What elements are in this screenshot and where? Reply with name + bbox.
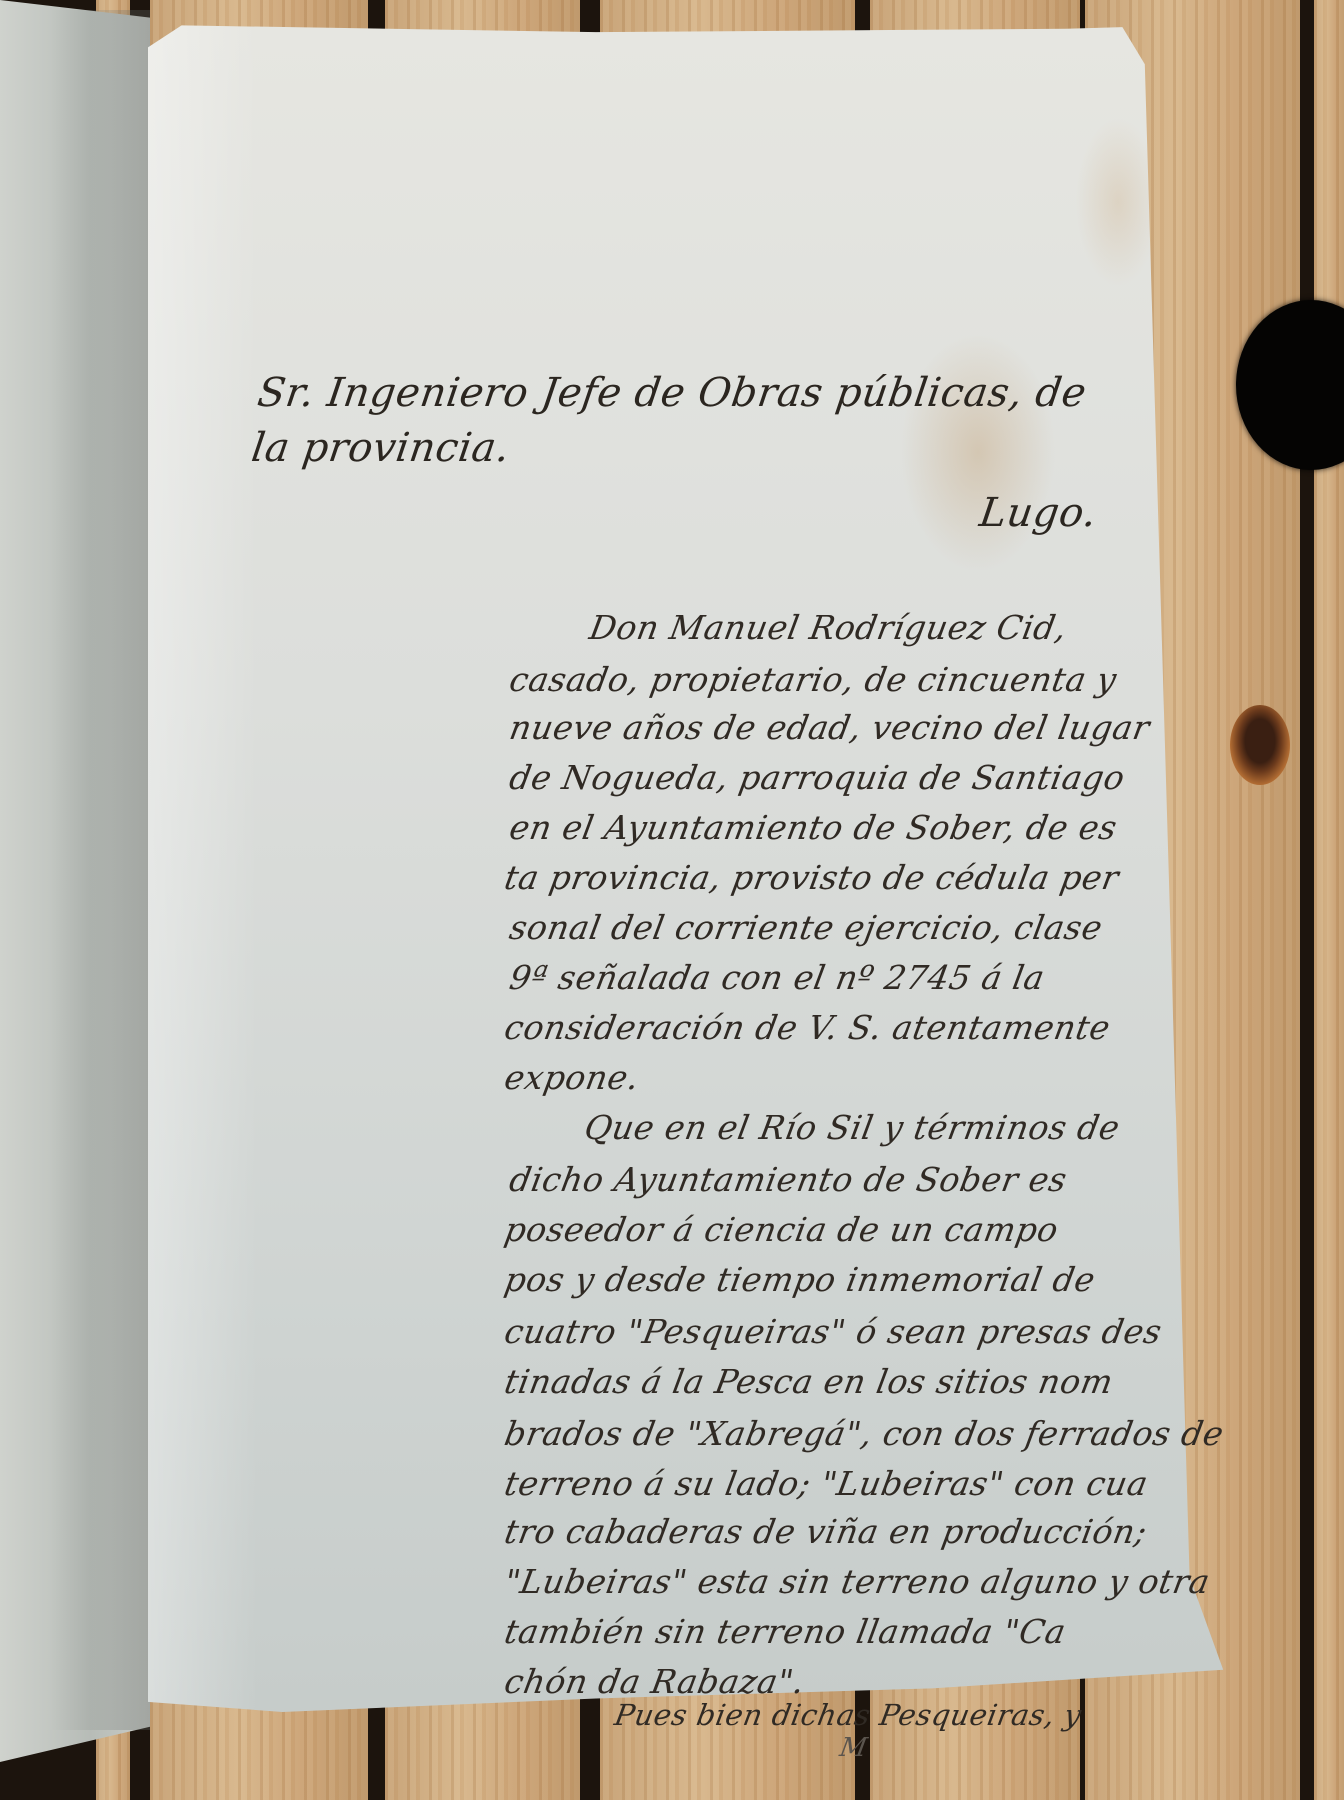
body-line: brados de "Xabregá", con dos ferrados de (502, 1414, 1227, 1453)
body-line: nueve años de edad, vecino del lugar (507, 708, 1153, 747)
body-line: dicho Ayuntamiento de Sober es (507, 1160, 1070, 1199)
addressee-line-1: Sr. Ingeniero Jefe de Obras públicas, de (255, 370, 1090, 416)
body-line: Don Manuel Rodríguez Cid, (587, 608, 1070, 647)
body-line: terreno á su lado; "Lubeiras" con cua (502, 1464, 1152, 1503)
body-line: casado, propietario, de cincuenta y (507, 660, 1120, 699)
body-line: expone. (502, 1058, 643, 1097)
body-line: ta provincia, provisto de cédula per (502, 858, 1122, 897)
wood-slat (1314, 0, 1344, 1800)
body-line: Que en el Río Sil y términos de (582, 1108, 1123, 1147)
body-line: cuatro "Pesqueiras" ó sean presas des (502, 1312, 1165, 1351)
catchword: M (837, 1733, 869, 1763)
body-line: tinadas á la Pesca en los sitios nom (502, 1362, 1117, 1401)
body-line: de Nogueda, parroquia de Santiago (507, 758, 1128, 797)
wood-knot (1230, 705, 1290, 785)
body-line: sonal del corriente ejercicio, clase (507, 908, 1106, 947)
body-line: pos y desde tiempo inmemorial de (502, 1260, 1099, 1299)
body-line: tro cabaderas de viña en producción; (502, 1512, 1151, 1551)
fold-shadow (50, 10, 150, 1730)
body-line: 9ª señalada con el nº 2745 á la (507, 958, 1048, 997)
body-line: poseedor á ciencia de un campo (502, 1210, 1062, 1249)
body-line: "Lubeiras" esta sin terreno alguno y otr… (502, 1562, 1214, 1601)
body-line: en el Ayuntamiento de Sober, de es (507, 808, 1121, 847)
addressee-line-2: la provincia. (249, 425, 513, 471)
body-line: Pues bien dichas Pesqueiras, y (612, 1698, 1084, 1732)
addressee-place: Lugo. (977, 490, 1100, 536)
body-line: consideración de V. S. atentamente (502, 1008, 1114, 1047)
body-line: chón da Rabaza". (502, 1662, 808, 1701)
body-line: también sin terreno llamada "Ca (502, 1612, 1069, 1651)
